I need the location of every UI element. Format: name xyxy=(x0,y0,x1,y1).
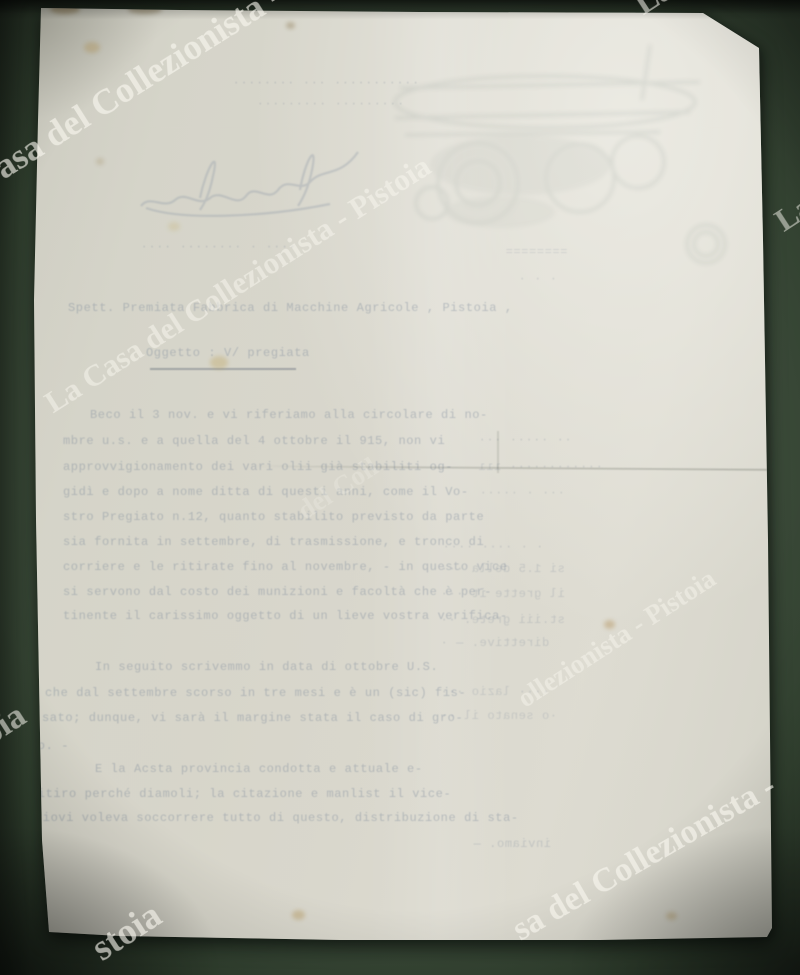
foxing-stain xyxy=(96,158,104,165)
typed-line: Spett. Premiata Fabbrica di Macchine Agr… xyxy=(68,301,513,315)
showthrough-typed-line: ··········· ··· ········ xyxy=(232,76,419,90)
typed-line: E la Acsta provincia condotta e attuale … xyxy=(95,762,423,776)
showthrough-typed-line: ··· · ····· xyxy=(479,486,565,500)
showthrough-typed-line: si 1.5 della ··· xyxy=(440,562,565,576)
typed-line: si servono dal costo dei munizioni e fac… xyxy=(63,585,492,599)
ghost-machine-illustration xyxy=(395,45,725,263)
foxing-stain xyxy=(84,42,100,53)
typed-line: In seguito scrivemmo in data di ottobre … xyxy=(95,660,438,674)
showthrough-typed-line: inviamo. — xyxy=(473,837,551,851)
typed-line: riovi voleva soccorrere tutto di questo,… xyxy=(35,811,519,825)
foxing-stain xyxy=(666,912,677,920)
typed-line: vo. - xyxy=(30,739,69,753)
typed-line: sato; dunque, vi sarà il margine stata i… xyxy=(42,711,463,725)
showthrough-typed-line: ········· ········· xyxy=(256,97,404,111)
typed-line: Beco il 3 nov. e vi riferiamo alla circo… xyxy=(90,408,488,422)
typed-line: stro Pregiato n.12, quanto stabilito pre… xyxy=(63,510,484,524)
showthrough-typed-line: direttive. — · xyxy=(440,636,549,650)
typed-line: gidì e dopo a nome ditta di questi anni,… xyxy=(63,485,469,499)
foxing-stain xyxy=(128,5,162,14)
foxing-stain xyxy=(210,356,228,369)
showthrough-typed-line: ·o senato il ·· xyxy=(440,709,557,723)
showthrough-typed-line: · · ···· ···· xyxy=(442,540,543,554)
foxing-stain xyxy=(286,22,295,29)
foxing-stain xyxy=(292,910,305,920)
typed-line: sia fornita in settembre, di trasmission… xyxy=(63,535,484,549)
typed-line: mbre u.s. e a quella del 4 ottobre il 91… xyxy=(63,434,445,448)
showthrough-typed-line: st.iii grete. ·· xyxy=(440,613,565,627)
typed-line: ritiro perché diamoli; la citazione e ma… xyxy=(30,787,451,801)
showthrough-typed-line: ======== xyxy=(505,245,567,259)
photograph-of-antique-letter: Spett. Premiata Fabbrica di Macchine Agr… xyxy=(0,0,800,975)
showthrough-typed-line: il grette it ··· xyxy=(440,587,565,601)
fold-crease-vertical xyxy=(497,431,499,473)
showthrough-typed-line: · · · xyxy=(518,272,557,286)
typed-line: che dal settembre scorso in tre mesi e è… xyxy=(45,686,466,700)
foxing-stain xyxy=(168,222,180,231)
foxing-stain xyxy=(50,4,80,14)
showthrough-typed-line: ·· ····· ··· xyxy=(478,433,572,447)
